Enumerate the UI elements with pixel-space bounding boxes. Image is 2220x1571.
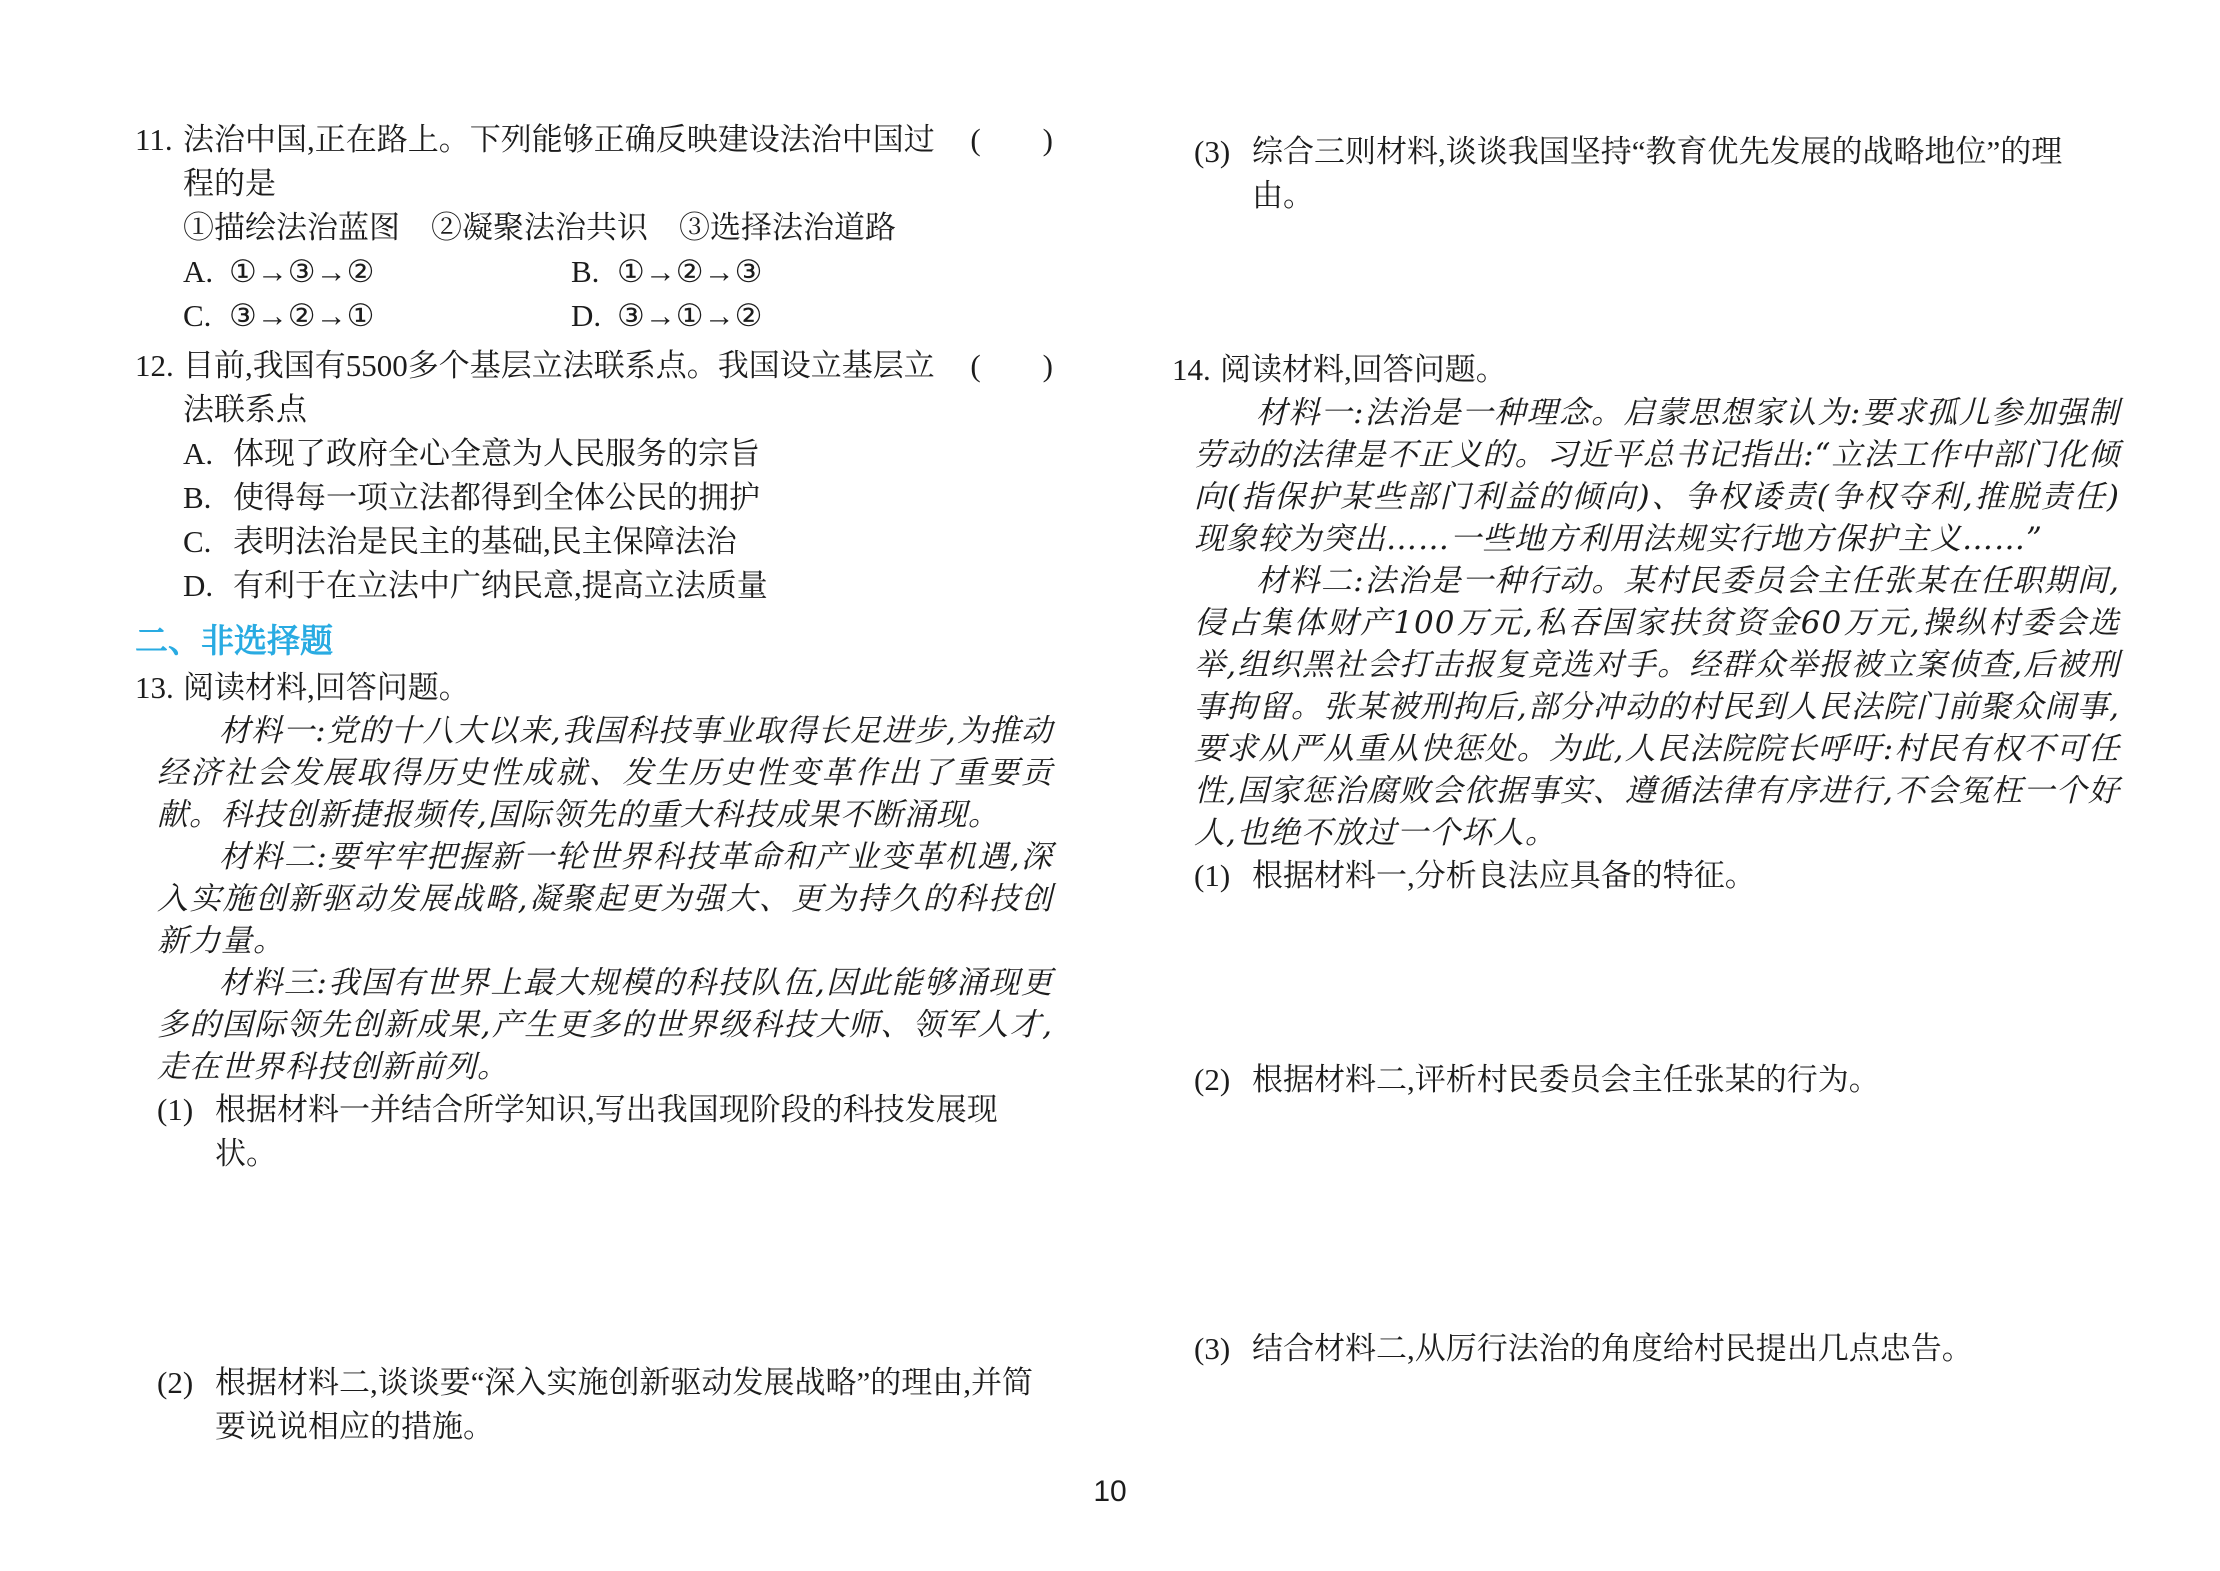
option-b: B. 使得每一项立法都得到全体公民的拥护 xyxy=(183,476,1053,520)
question-number: 13. xyxy=(135,666,183,710)
sub-question-label: (2) xyxy=(157,1361,215,1449)
question-12-options: A. 体现了政府全心全意为人民服务的宗旨 B. 使得每一项立法都得到全体公民的拥… xyxy=(183,432,1053,608)
sub-question-text: 根据材料二,谈谈要“深入实施创新驱动发展战略”的理由,并简要说说相应的措施。 xyxy=(215,1361,1053,1449)
sub-question-label: (3) xyxy=(1194,1327,1252,1371)
question-11-options: A. ①→③→② B. ①→②→③ C. ③→②→① D. ③→①→② xyxy=(183,250,1053,338)
sub-question-label: (3) xyxy=(1194,130,1252,218)
sub-question-3: (3) 结合材料二,从厉行法治的角度给村民提出几点忠告。 xyxy=(1194,1327,2120,1371)
question-number: 11. xyxy=(135,118,183,206)
option-text: ①→③→② xyxy=(229,250,374,294)
option-c: C. ③→②→① xyxy=(183,294,571,338)
question-11-items: ①描绘法治蓝图 ②凝聚法治共识 ③选择法治道路 xyxy=(183,206,1053,250)
section-header: 二、非选择题 xyxy=(135,618,1053,664)
sub-question-label: (2) xyxy=(1194,1058,1252,1102)
material-paragraph-2: 材料二:法治是一种行动。某村民委员会主任张某在任职期间,侵占集体财产100万元,… xyxy=(1194,560,2120,854)
option-d: D. 有利于在立法中广纳民意,提高立法质量 xyxy=(183,564,1053,608)
question-number: 14. xyxy=(1172,348,1220,392)
material-paragraph-1: 材料一:法治是一种理念。启蒙思想家认为:要求孤儿参加强制劳动的法律是不正义的。习… xyxy=(1194,392,2120,560)
option-label: D. xyxy=(183,564,233,608)
option-a: A. ①→③→② xyxy=(183,250,571,294)
material-paragraph-3: 材料三:我国有世界上最大规模的科技队伍,因此能够涌现更多的国际领先创新成果,产生… xyxy=(157,962,1053,1088)
sub-question-text: 综合三则材料,谈谈我国坚持“教育优先发展的战略地位”的理由。 xyxy=(1252,130,2120,218)
question-14: 14. 阅读材料,回答问题。 材料一:法治是一种理念。启蒙思想家认为:要求孤儿参… xyxy=(1172,348,2120,1371)
option-a: A. 体现了政府全心全意为人民服务的宗旨 xyxy=(183,432,1053,476)
option-label: B. xyxy=(183,476,233,520)
question-stem: 阅读材料,回答问题。 xyxy=(183,666,1053,710)
option-text: 体现了政府全心全意为人民服务的宗旨 xyxy=(233,432,760,476)
option-label: C. xyxy=(183,294,229,338)
question-stem: 法治中国,正在路上。下列能够正确反映建设法治中国过程的是 xyxy=(183,118,962,206)
option-c: C. 表明法治是民主的基础,民主保障法治 xyxy=(183,520,1053,564)
question-13: 13. 阅读材料,回答问题。 材料一:党的十八大以来,我国科技事业取得长足进步,… xyxy=(135,666,1053,1449)
answer-bracket: ( ) xyxy=(962,344,1053,432)
question-number: 12. xyxy=(135,344,183,432)
sub-question-text: 结合材料二,从厉行法治的角度给村民提出几点忠告。 xyxy=(1252,1327,2120,1371)
question-12: 12. 目前,我国有5500多个基层立法联系点。我国设立基层立法联系点 ( ) … xyxy=(135,344,1053,608)
question-stem-row: 目前,我国有5500多个基层立法联系点。我国设立基层立法联系点 ( ) xyxy=(183,344,1053,432)
option-label: A. xyxy=(183,432,233,476)
option-text: ①→②→③ xyxy=(617,250,762,294)
sub-question-2: (2) 根据材料二,评析村民委员会主任张某的行为。 xyxy=(1194,1058,2120,1102)
option-label: C. xyxy=(183,520,233,564)
option-b: B. ①→②→③ xyxy=(571,250,1053,294)
page-number: 10 xyxy=(0,1475,2220,1509)
question-11-head: 11. 法治中国,正在路上。下列能够正确反映建设法治中国过程的是 ( ) xyxy=(135,118,1053,206)
sub-question-3: (3) 综合三则材料,谈谈我国坚持“教育优先发展的战略地位”的理由。 xyxy=(1194,130,2120,218)
sub-question-text: 根据材料一,分析良法应具备的特征。 xyxy=(1252,854,2120,898)
sub-question-text: 根据材料一并结合所学知识,写出我国现阶段的科技发展现状。 xyxy=(215,1088,1053,1176)
option-text: 有利于在立法中广纳民意,提高立法质量 xyxy=(233,564,768,608)
sub-question-2: (2) 根据材料二,谈谈要“深入实施创新驱动发展战略”的理由,并简要说说相应的措… xyxy=(157,1361,1053,1449)
sub-question-label: (1) xyxy=(157,1088,215,1176)
material-paragraph-2: 材料二:要牢牢把握新一轮世界科技革命和产业变革机遇,深入实施创新驱动发展战略,凝… xyxy=(157,836,1053,962)
option-text: ③→②→① xyxy=(229,294,374,338)
sub-question-1: (1) 根据材料一并结合所学知识,写出我国现阶段的科技发展现状。 xyxy=(157,1088,1053,1176)
question-stem: 阅读材料,回答问题。 xyxy=(1220,348,2120,392)
question-stem-row: 法治中国,正在路上。下列能够正确反映建设法治中国过程的是 ( ) xyxy=(183,118,1053,206)
right-column: (3) 综合三则材料,谈谈我国坚持“教育优先发展的战略地位”的理由。 14. 阅… xyxy=(1172,118,2120,1371)
option-text: 使得每一项立法都得到全体公民的拥护 xyxy=(233,476,760,520)
sub-question-label: (1) xyxy=(1194,854,1252,898)
material-paragraph-1: 材料一:党的十八大以来,我国科技事业取得长足进步,为推动经济社会发展取得历史性成… xyxy=(157,710,1053,836)
question-12-head: 12. 目前,我国有5500多个基层立法联系点。我国设立基层立法联系点 ( ) xyxy=(135,344,1053,432)
question-stem: 目前,我国有5500多个基层立法联系点。我国设立基层立法联系点 xyxy=(183,344,962,432)
option-d: D. ③→①→② xyxy=(571,294,1053,338)
question-14-head: 14. 阅读材料,回答问题。 xyxy=(1172,348,2120,392)
question-11: 11. 法治中国,正在路上。下列能够正确反映建设法治中国过程的是 ( ) ①描绘… xyxy=(135,118,1053,338)
option-label: D. xyxy=(571,294,617,338)
answer-bracket: ( ) xyxy=(962,118,1053,206)
option-text: ③→①→② xyxy=(617,294,762,338)
question-13-head: 13. 阅读材料,回答问题。 xyxy=(135,666,1053,710)
left-column: 11. 法治中国,正在路上。下列能够正确反映建设法治中国过程的是 ( ) ①描绘… xyxy=(135,118,1053,1449)
option-text: 表明法治是民主的基础,民主保障法治 xyxy=(233,520,737,564)
sub-question-1: (1) 根据材料一,分析良法应具备的特征。 xyxy=(1194,854,2120,898)
option-label: A. xyxy=(183,250,229,294)
option-label: B. xyxy=(571,250,617,294)
sub-question-text: 根据材料二,评析村民委员会主任张某的行为。 xyxy=(1252,1058,2120,1102)
